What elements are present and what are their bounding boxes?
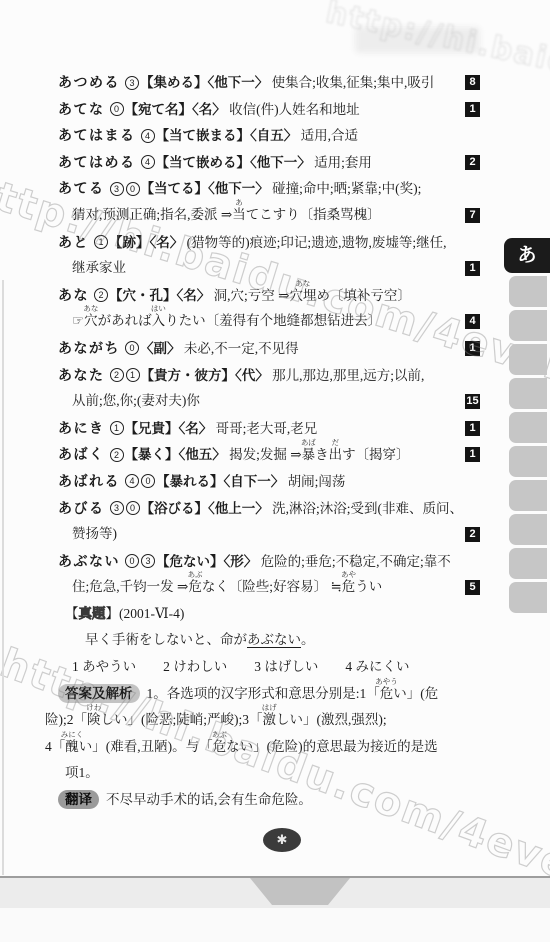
text-segment: りたい〔羞得有个地缝都想钻进去〕 xyxy=(165,313,381,328)
frequency-count-badge: 8 xyxy=(465,75,480,90)
furigana: あば xyxy=(301,439,316,447)
frequency-count-badge: 2 xyxy=(465,155,480,170)
furigana: あぶ xyxy=(188,571,203,579)
accent-number: 4 xyxy=(140,155,156,170)
text-segment: 使集合;收集,征集;集中,吸引 xyxy=(268,75,434,90)
thumb-index-tab-inactive xyxy=(509,310,547,341)
accent-number: 21 xyxy=(109,368,141,383)
exam-options: 1 あやうい 2 けわしい 3 はげしい 4 みにくい xyxy=(72,654,480,681)
thumb-index-tab-inactive xyxy=(509,446,547,477)
text-segment: 险);2「 xyxy=(45,712,87,727)
text-segment: 不尽早动手术的话,会有生命危险。 xyxy=(106,792,312,807)
text-segment: 那儿,那边,那里,远方;以前, xyxy=(269,368,425,383)
accent-number: 4 xyxy=(140,128,156,143)
text-segment: 1。各选项的汉字形式和意思分别是:1「 xyxy=(147,686,380,701)
frequency-count-badge: 1 xyxy=(465,341,480,356)
text-segment: あつめる xyxy=(58,74,120,90)
thumb-index-tab-a-active: あ xyxy=(504,238,550,273)
dictionary-text-column: あつめる3【集める】〈他下一〉 使集合;收集,征集;集中,吸引8あてな0【宛て名… xyxy=(0,69,480,814)
frequency-count-badge: 15 xyxy=(465,394,480,409)
furigana: はい xyxy=(151,305,166,313)
page-edge-left xyxy=(2,280,4,875)
bleedthrough-ghost xyxy=(355,27,480,53)
dict-entry-abaku: あばく2【暴く】〈他五〉 揭发;发掘 ⇒あば暴きだ出す〔揭穿〕1 xyxy=(58,441,480,468)
text-segment: あばく xyxy=(58,446,105,462)
accent-number: 40 xyxy=(124,474,156,489)
text-segment: 4「 xyxy=(45,739,65,754)
frequency-count-badge: 7 xyxy=(465,208,480,223)
text-segment: 适用;套用 xyxy=(311,155,372,170)
accent-number: 0 xyxy=(109,102,125,117)
text-segment: 洞,穴;亏空 ⇒ xyxy=(210,288,289,303)
accent-number: 03 xyxy=(124,554,156,569)
text-segment: 从前;您,你;(妻对夫)你 xyxy=(72,393,200,408)
accent-number: 30 xyxy=(109,501,141,516)
thumb-index-tab-inactive xyxy=(509,582,547,613)
text-segment: あば暴 xyxy=(302,447,316,462)
frequency-count-badge: 5 xyxy=(465,580,480,595)
accent-number: 0 xyxy=(124,341,140,356)
text-segment: あな穴 xyxy=(84,313,98,328)
background-below-page xyxy=(0,908,550,942)
text-segment: 项1。 xyxy=(65,765,99,780)
accent-number: 30 xyxy=(109,181,141,196)
dict-entry-anata: あなた21【貴方・彼方】〈代〉 那儿,那边,那里,远方;以前, xyxy=(58,362,480,389)
dict-entry-ana: あな2【穴・孔】〈名〉 洞,穴;亏空 ⇒あな穴埋め〔填补亏空〕 xyxy=(58,282,480,309)
text-segment: あやう危 xyxy=(380,686,394,701)
dict-entry-abunai-cont: 住;危急,千钧一发 ⇒あぶ危なく〔险些;好容易〕 ≒あや危うい5 xyxy=(72,574,480,601)
text-segment: (猎物等的)痕迹;印记;遗迹,遗物,废墟等;继任, xyxy=(183,235,446,250)
text-segment: しい」(险恶;陡峭;严峻);3「 xyxy=(101,712,263,727)
text-segment: あや危 xyxy=(342,579,356,594)
furigana: あな xyxy=(83,305,98,313)
text-segment: 真題 xyxy=(79,606,106,621)
dict-entry-atsumeru: あつめる3【集める】〈他下一〉 使集合;收集,征集;集中,吸引8 xyxy=(58,69,480,96)
accent-number: 1 xyxy=(93,235,109,250)
dict-entry-abunai: あぶない03【危ない】〈形〉 危险的;垂危;不稳定,不确定;靠不 xyxy=(58,548,480,575)
text-segment: 【暴れる】〈自下一〉 xyxy=(156,474,284,489)
text-segment: 【危ない】〈形〉 xyxy=(156,554,257,569)
furigana: あやう xyxy=(375,678,398,686)
text-segment: はげ激 xyxy=(263,712,277,727)
exam-heading: 【真題】(2001-Ⅵ-4) xyxy=(65,601,480,628)
thumb-index-column: あ xyxy=(504,238,550,613)
text-segment: あぶ危 xyxy=(213,739,227,754)
text-segment: 【当て嵌まる】〈自五〉 xyxy=(156,128,298,143)
text-segment: 收信(件)人姓名和地址 xyxy=(226,102,360,117)
text-segment: あてな xyxy=(58,101,105,117)
text-segment: 适用,合适 xyxy=(297,128,358,143)
text-segment: 赞扬等) xyxy=(72,526,117,541)
answer-line-4: 项1。 xyxy=(65,760,480,787)
accent-number: 1 xyxy=(109,421,125,436)
text-segment: き xyxy=(315,447,329,462)
furigana: あ xyxy=(235,199,243,207)
text-segment: あてる xyxy=(58,180,105,196)
dict-entry-abareru: あばれる40【暴れる】〈自下一〉 胡闹;闯荡 xyxy=(58,468,480,495)
text-segment: けわ険 xyxy=(87,712,101,727)
text-segment: 胡闹;闯荡 xyxy=(284,474,345,489)
text-segment: あばれる xyxy=(58,473,120,489)
section-end-ornament: ✱ xyxy=(263,828,301,852)
dict-entry-abiru-cont: 赞扬等)2 xyxy=(72,521,480,548)
text-segment: あてはまる xyxy=(58,127,136,143)
text-segment: 危险的;垂危;不稳定,不确定;靠不 xyxy=(257,554,451,569)
exam-sentence: 早く手術をしないと、命があぶない。 xyxy=(85,627,480,654)
text-segment: い」(危 xyxy=(393,686,438,701)
text-segment: 【当て嵌める】〈他下一〉 xyxy=(156,155,311,170)
dict-entry-ato: あと1【跡】〈名〉 (猎物等的)痕迹;印记;遗迹,遗物,废墟等;继任, xyxy=(58,229,480,256)
text-segment: あな穴埋 xyxy=(289,288,316,303)
frequency-count-badge: 1 xyxy=(465,447,480,462)
text-segment: はい入 xyxy=(152,313,166,328)
dict-entry-ateru: あてる30【当てる】〈他下一〉 碰撞;命中;晒;紧靠;中(奖); xyxy=(58,175,480,202)
text-segment: ☞ xyxy=(72,313,84,328)
furigana: みにく xyxy=(61,731,84,739)
text-segment: あながち xyxy=(58,340,120,356)
accent-number: 3 xyxy=(124,75,140,90)
thumb-index-tab-inactive xyxy=(509,514,547,545)
text-segment: 早く手術をしないと、命が xyxy=(85,632,247,647)
text-segment: 【兄貴】〈名〉 xyxy=(125,421,213,436)
accent-number: 2 xyxy=(109,447,125,462)
translation-line: 翻译不尽早动手术的话,会有生命危险。 xyxy=(58,787,480,814)
section-label-pill: 翻译 xyxy=(58,790,99,809)
text-segment: 【宛て名】〈名〉 xyxy=(125,102,226,117)
text-segment: なく〔险些;好容易〕 ≒ xyxy=(202,579,342,594)
answer-line-2: 险);2「けわ険しい」(险恶;陡峭;严峻);3「はげ激しい」(激烈,强烈); xyxy=(45,707,480,734)
dict-entry-atehameru: あてはめる4【当て嵌める】〈他下一〉 适用;套用2 xyxy=(58,149,480,176)
text-segment: あぶ危 xyxy=(188,579,202,594)
thumb-index-tab-inactive xyxy=(509,276,547,307)
text-segment: 。 xyxy=(301,632,315,647)
text-segment: 揭发;发掘 ⇒ xyxy=(226,447,302,462)
text-segment: あびる xyxy=(58,500,105,516)
frequency-count-badge: 1 xyxy=(465,261,480,276)
section-label-pill: 答案及解析 xyxy=(58,684,140,703)
text-segment: め〔填补亏空〕 xyxy=(316,288,411,303)
text-segment: 【当てる】〈他下一〉 xyxy=(141,181,269,196)
text-segment: 【浴びる】〈他上一〉 xyxy=(141,501,269,516)
frequency-count-badge: 1 xyxy=(465,421,480,436)
text-segment: ない」(危险)的意思最为接近的是选 xyxy=(226,739,438,754)
text-segment: みにく醜 xyxy=(65,739,79,754)
thumb-index-tab-inactive xyxy=(509,378,547,409)
text-segment: 继承家业 xyxy=(72,260,126,275)
text-segment: しい」(激烈,强烈); xyxy=(276,712,387,727)
answer-line-3: 4「みにく醜い」(难看,丑陋)。与「あぶ危ない」(危险)的意思最为接近的是选 xyxy=(45,734,480,761)
text-segment: い」(难看,丑陋)。与「 xyxy=(79,739,213,754)
text-segment: 【跡】〈名〉 xyxy=(109,235,183,250)
text-segment: 〈副〉 xyxy=(140,341,181,356)
text-segment: あ当 xyxy=(232,207,246,222)
text-segment: があれば xyxy=(98,313,152,328)
furigana: あぶ xyxy=(212,731,227,739)
text-segment: 哥哥;老大哥,老兄 xyxy=(212,421,317,436)
thumb-index-tab-inactive xyxy=(509,412,547,443)
text-segment: 【集める】〈他下一〉 xyxy=(140,75,268,90)
furigana: だ xyxy=(332,439,340,447)
text-segment: す〔揭穿〕 xyxy=(342,447,410,462)
text-segment: 未必,不一定,不见得 xyxy=(181,341,299,356)
dict-entry-ato-cont: 继承家业1 xyxy=(72,255,480,282)
text-segment: 【穴・孔】〈名〉 xyxy=(109,288,210,303)
thumb-index-tab-inactive xyxy=(509,480,547,511)
text-segment: 【暴く】〈他五〉 xyxy=(125,447,226,462)
accent-number: 2 xyxy=(93,288,109,303)
text-segment: 猜对,预测正确;指名,委派 ⇒ xyxy=(72,207,232,222)
text-segment: あなた xyxy=(58,367,105,383)
text-segment: あと xyxy=(58,234,89,250)
thumb-index-tab-inactive xyxy=(509,548,547,579)
dict-entry-ateru-cont: 猜对,预测正确;指名,委派 ⇒あ当てこすり〔指桑骂槐〕7 xyxy=(72,202,480,229)
furigana: はげ xyxy=(262,704,277,712)
dict-entry-anata-cont: 从前;您,你;(妻对夫)你15 xyxy=(72,388,480,415)
text-segment: 【 xyxy=(65,606,79,621)
dict-entry-atena: あてな0【宛て名】〈名〉 收信(件)人姓名和地址1 xyxy=(58,96,480,123)
text-segment: あぶない xyxy=(58,553,120,569)
text-segment: てこすり〔指桑骂槐〕 xyxy=(246,207,381,222)
text-segment: あてはめる xyxy=(58,154,136,170)
dict-entry-aniki: あにき1【兄貴】〈名〉 哥哥;老大哥,老兄1 xyxy=(58,415,480,442)
frequency-count-badge: 1 xyxy=(465,102,480,117)
dict-entry-atehamaru: あてはまる4【当て嵌まる】〈自五〉 适用,合适 xyxy=(58,122,480,149)
text-segment: あにき xyxy=(58,420,105,436)
dict-entry-abiru: あびる30【浴びる】〈他上一〉 洗,淋浴;沐浴;受到(非难、质问、 xyxy=(58,495,480,522)
text-segment: うい xyxy=(355,579,382,594)
text-segment: 】(2001-Ⅵ-4) xyxy=(106,606,185,621)
thumb-index-tab-inactive xyxy=(509,344,547,375)
text-segment: だ出 xyxy=(329,447,343,462)
text-segment: あぶない xyxy=(247,632,301,647)
text-segment: あな xyxy=(58,287,89,303)
dict-entry-ana-example: ☞あな穴があればはい入りたい〔羞得有个地缝都想钻进去〕4 xyxy=(72,308,480,335)
frequency-count-badge: 4 xyxy=(465,314,480,329)
furigana: けわ xyxy=(86,704,101,712)
frequency-count-badge: 2 xyxy=(465,527,480,542)
text-segment: 1 あやうい 2 けわしい 3 はげしい 4 みにくい xyxy=(72,659,410,674)
text-segment: 碰撞;命中;晒;紧靠;中(奖); xyxy=(269,181,422,196)
furigana: あや xyxy=(341,571,356,579)
dict-entry-anagachi: あながち0〈副〉 未必,不一定,不见得1 xyxy=(58,335,480,362)
scanned-dictionary-page: あつめる3【集める】〈他下一〉 使集合;收集,征集;集中,吸引8あてな0【宛て名… xyxy=(0,0,550,942)
text-segment: 洗,淋浴;沐浴;受到(非难、质问、 xyxy=(269,501,463,516)
text-segment: 【貴方・彼方】〈代〉 xyxy=(141,368,269,383)
text-segment: 住;危急,千钧一发 ⇒ xyxy=(72,579,188,594)
furigana: あな xyxy=(295,280,310,288)
